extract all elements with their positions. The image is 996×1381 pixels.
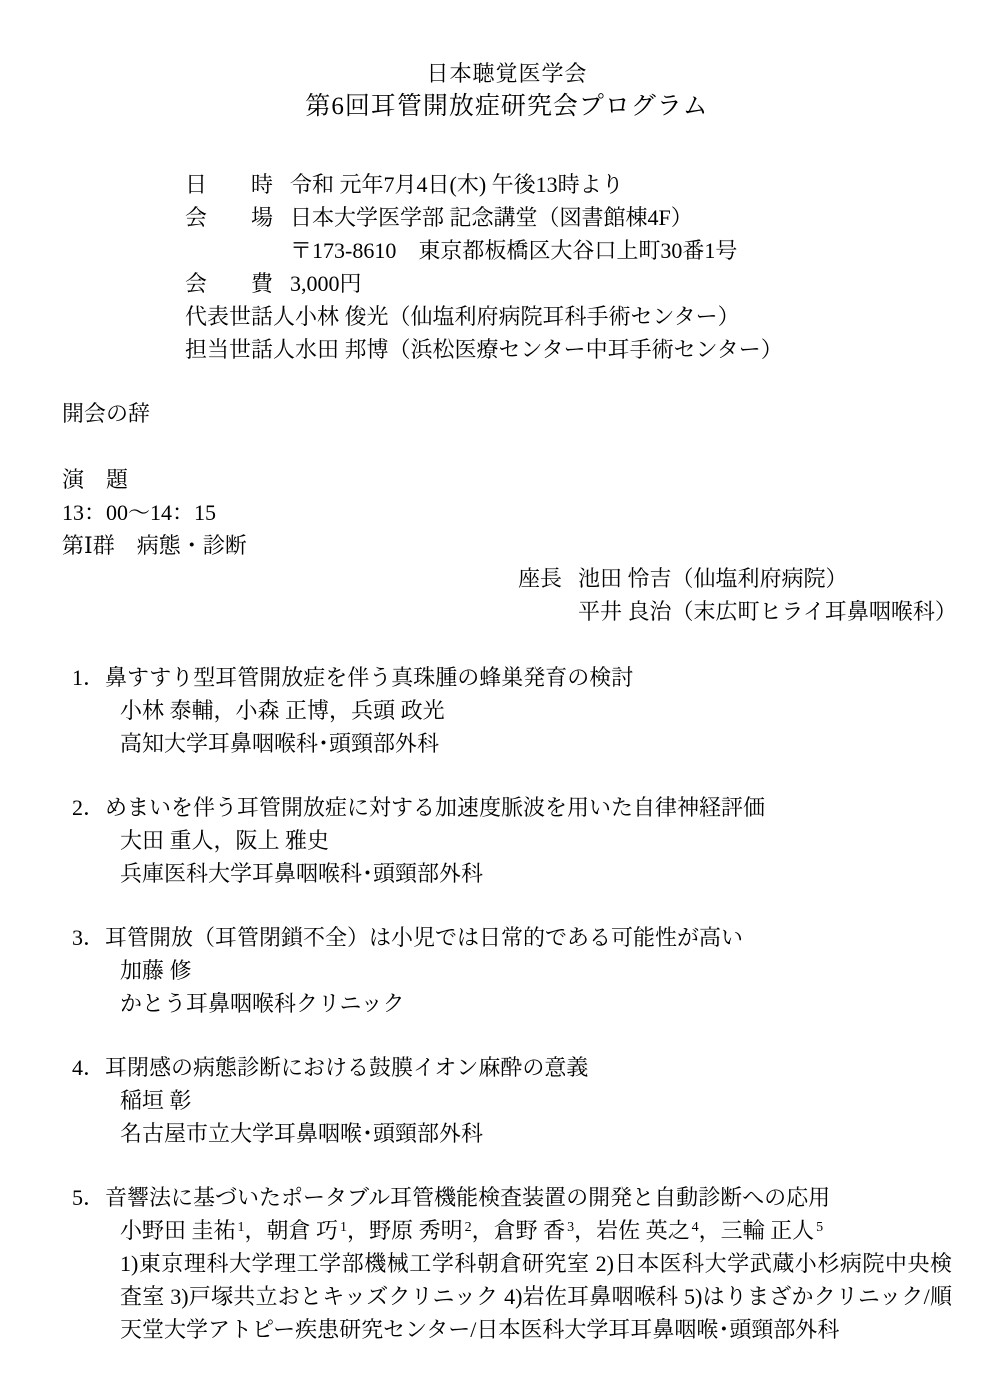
program-title: 第6回耳管開放症研究会プログラム (62, 90, 952, 124)
meta-row: 代表世話人小林 俊光（仙塩利府病院耳科手術センター） (185, 300, 952, 333)
presentation-authors: 大田 重人，阪上 雅史 (120, 824, 952, 857)
presentation-title-row: 5．音響法に基づいたポータブル耳管機能検査装置の開発と自動診断への応用 (72, 1181, 952, 1214)
presentation-affiliations: かとう耳鼻咽喉科クリニック (120, 987, 952, 1020)
chairs-block: 座長 池田 怜吉（仙塩利府病院）平井 良治（末広町ヒライ耳鼻咽喉科） (518, 562, 952, 628)
presentation-item: 3．耳管開放（耳管閉鎖不全）は小児では日常的である可能性が高い加藤 修かとう耳鼻… (62, 921, 952, 1020)
meta-row-label (185, 234, 290, 267)
presentation-affiliations: 1)東京理科大学理工学部機械工学科朝倉研究室 2)日本医科大学武蔵小杉病院中央検… (120, 1247, 952, 1346)
presentation-authors: 小野田 圭祐1，朝倉 巧1，野原 秀明2，倉野 香3，岩佐 英之4，三輪 正人5 (120, 1214, 952, 1247)
author-superscript: 4 (692, 1220, 699, 1235)
presentation-title-row: 4．耳閉感の病態診断における鼓膜イオン麻酔の意義 (72, 1051, 952, 1084)
chair-names-list: 池田 怜吉（仙塩利府病院）平井 良治（末広町ヒライ耳鼻咽喉科） (578, 562, 957, 628)
presentation-number: 1． (72, 661, 105, 694)
presentation-number: 2． (72, 791, 105, 824)
presentation-title: 耳管開放（耳管閉鎖不全）は小児では日常的である可能性が高い (105, 921, 743, 954)
meta-row-label: 担当世話人 (185, 333, 295, 366)
meta-row: 〒173-8610 東京都板橋区大谷口上町30番1号 (185, 234, 952, 267)
presentation-title: めまいを伴う耳管開放症に対する加速度脈波を用いた自律神経評価 (105, 791, 765, 824)
meta-row: 担当世話人水田 邦博（浜松医療センター中耳手術センター） (185, 333, 952, 366)
meta-row-value: 3,000円 (290, 267, 362, 300)
program-document-page: 日本聴覚医学会 第6回耳管開放症研究会プログラム 日 時令和 元年7月4日(木)… (0, 0, 996, 1381)
presentation-title: 音響法に基づいたポータブル耳管機能検査装置の開発と自動診断への応用 (105, 1181, 830, 1214)
session-heading: 演 題 (62, 463, 952, 496)
chair-label: 座長 (518, 562, 578, 628)
author-superscript: 2 (465, 1220, 472, 1235)
session-time-range: 13：00～14：15 (62, 496, 952, 529)
presentation-authors: 小林 泰輔，小森 正博，兵頭 政光 (120, 694, 952, 727)
chair-name: 平井 良治（末広町ヒライ耳鼻咽喉科） (578, 595, 957, 628)
meta-row: 会 費3,000円 (185, 267, 952, 300)
meta-row-value: 小林 俊光（仙塩利府病院耳科手術センター） (295, 300, 740, 333)
presentation-number: 4． (72, 1051, 105, 1084)
society-title: 日本聴覚医学会 (62, 58, 952, 90)
presentation-title: 鼻すすり型耳管開放症を伴う真珠腫の蜂巣発育の検討 (105, 661, 633, 694)
author-superscript: 5 (816, 1220, 823, 1235)
presentation-item: 1．鼻すすり型耳管開放症を伴う真珠腫の蜂巣発育の検討小林 泰輔，小森 正博，兵頭… (62, 661, 952, 760)
meta-row-label: 代表世話人 (185, 300, 295, 333)
event-meta-block: 日 時令和 元年7月4日(木) 午後13時より会 場日本大学医学部 記念講堂（図… (185, 168, 952, 366)
presentation-title: 耳閉感の病態診断における鼓膜イオン麻酔の意義 (105, 1051, 588, 1084)
meta-row-label: 会 場 (185, 201, 290, 234)
presentations-list: 1．鼻すすり型耳管開放症を伴う真珠腫の蜂巣発育の検討小林 泰輔，小森 正博，兵頭… (62, 661, 952, 1346)
presentation-authors: 稲垣 彰 (120, 1084, 952, 1117)
chair-name: 池田 怜吉（仙塩利府病院） (578, 562, 957, 595)
presentation-title-row: 2．めまいを伴う耳管開放症に対する加速度脈波を用いた自律神経評価 (72, 791, 952, 824)
presentation-item: 5．音響法に基づいたポータブル耳管機能検査装置の開発と自動診断への応用小野田 圭… (62, 1181, 952, 1346)
meta-row-value: 日本大学医学部 記念講堂（図書館棟4F） (290, 201, 693, 234)
meta-row: 会 場日本大学医学部 記念講堂（図書館棟4F） (185, 201, 952, 234)
opening-remarks: 開会の辞 (62, 397, 952, 430)
presentation-item: 2．めまいを伴う耳管開放症に対する加速度脈波を用いた自律神経評価大田 重人，阪上… (62, 791, 952, 890)
presentation-title-row: 1．鼻すすり型耳管開放症を伴う真珠腫の蜂巣発育の検討 (72, 661, 952, 694)
meta-row: 日 時令和 元年7月4日(木) 午後13時より (185, 168, 952, 201)
author-superscript: 1 (238, 1220, 245, 1235)
meta-row-label: 会 費 (185, 267, 290, 300)
presentation-authors: 加藤 修 (120, 954, 952, 987)
author-superscript: 3 (567, 1220, 574, 1235)
presentation-affiliations: 名古屋市立大学耳鼻咽喉･頭頸部外科 (120, 1117, 952, 1150)
meta-row-label: 日 時 (185, 168, 290, 201)
session-group-title: 第Ⅰ群 病態・診断 (62, 529, 952, 562)
presentation-number: 5． (72, 1181, 105, 1214)
presentation-title-row: 3．耳管開放（耳管閉鎖不全）は小児では日常的である可能性が高い (72, 921, 952, 954)
meta-row-value: 水田 邦博（浜松医療センター中耳手術センター） (295, 333, 783, 366)
meta-row-value: 令和 元年7月4日(木) 午後13時より (290, 168, 624, 201)
presentation-number: 3． (72, 921, 105, 954)
presentation-affiliations: 兵庫医科大学耳鼻咽喉科･頭頸部外科 (120, 857, 952, 890)
presentation-item: 4．耳閉感の病態診断における鼓膜イオン麻酔の意義稲垣 彰名古屋市立大学耳鼻咽喉･… (62, 1051, 952, 1150)
presentation-affiliations: 高知大学耳鼻咽喉科･頭頸部外科 (120, 727, 952, 760)
meta-row-value: 〒173-8610 東京都板橋区大谷口上町30番1号 (290, 234, 737, 267)
author-superscript: 1 (340, 1220, 347, 1235)
